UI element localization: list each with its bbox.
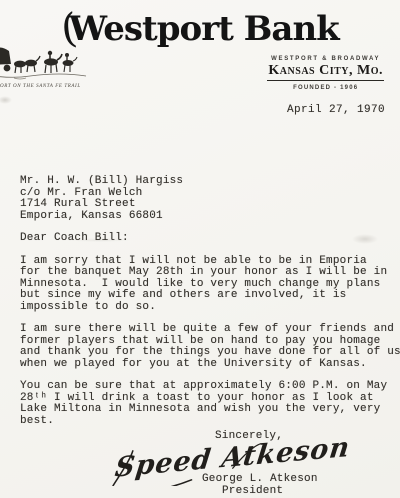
bank-city-line: Kansas City, Mo. <box>267 63 384 81</box>
body-line: I am sure there will be quite a few of y… <box>20 324 400 336</box>
salutation: Dear Coach Bill: <box>20 233 400 245</box>
recipient-line: Mr. H. W. (Bill) Hargiss <box>20 176 400 188</box>
paragraph-1: I am sorry that I will not be able to be… <box>20 256 400 314</box>
letter-page: (Westport Bank <box>0 0 400 498</box>
paragraph-2: I am sure there will be quite a few of y… <box>20 324 400 370</box>
body-line: for the banquet May 28th in your honor a… <box>20 267 400 279</box>
body-line: when we played for you at the University… <box>20 359 400 371</box>
signer-title: President <box>222 485 283 497</box>
recipient-line: 1714 Rural Street <box>20 199 400 211</box>
body-line: Lake Miltona in Minnesota and wish you t… <box>20 404 400 416</box>
body-line: best. <box>20 416 400 428</box>
illustration-caption: ORT ON THE SANTA FE TRAIL <box>0 84 81 89</box>
body-line: You can be sure that at approximately 6:… <box>20 381 400 393</box>
paragraph-3: You can be sure that at approximately 6:… <box>20 381 400 427</box>
wagon-train-icon <box>0 42 94 86</box>
bank-name: Westport Bank <box>69 9 339 49</box>
salutation-line: Dear Coach Bill: <box>20 233 400 245</box>
body-line: but since my wife and others are involve… <box>20 290 400 302</box>
letter-date: April 27, 1970 <box>287 104 385 116</box>
recipient-address: Mr. H. W. (Bill) Hargiss c/o Mr. Fran We… <box>20 176 400 222</box>
recipient-line: Emporia, Kansas 66801 <box>20 211 400 223</box>
bank-address-block: WESTPORT & BROADWAY Kansas City, Mo. FOU… <box>267 56 384 91</box>
body-line: and thank you for the things you have do… <box>20 347 400 359</box>
body-line: impossible to do so. <box>20 302 400 314</box>
bank-founded-line: FOUNDED - 1906 <box>267 85 384 91</box>
bank-street-line: WESTPORT & BROADWAY <box>267 56 384 62</box>
scan-smudge <box>0 96 12 104</box>
letter-body: Mr. H. W. (Bill) Hargiss c/o Mr. Fran We… <box>20 176 400 438</box>
signer-name: George L. Atkeson <box>202 473 318 485</box>
